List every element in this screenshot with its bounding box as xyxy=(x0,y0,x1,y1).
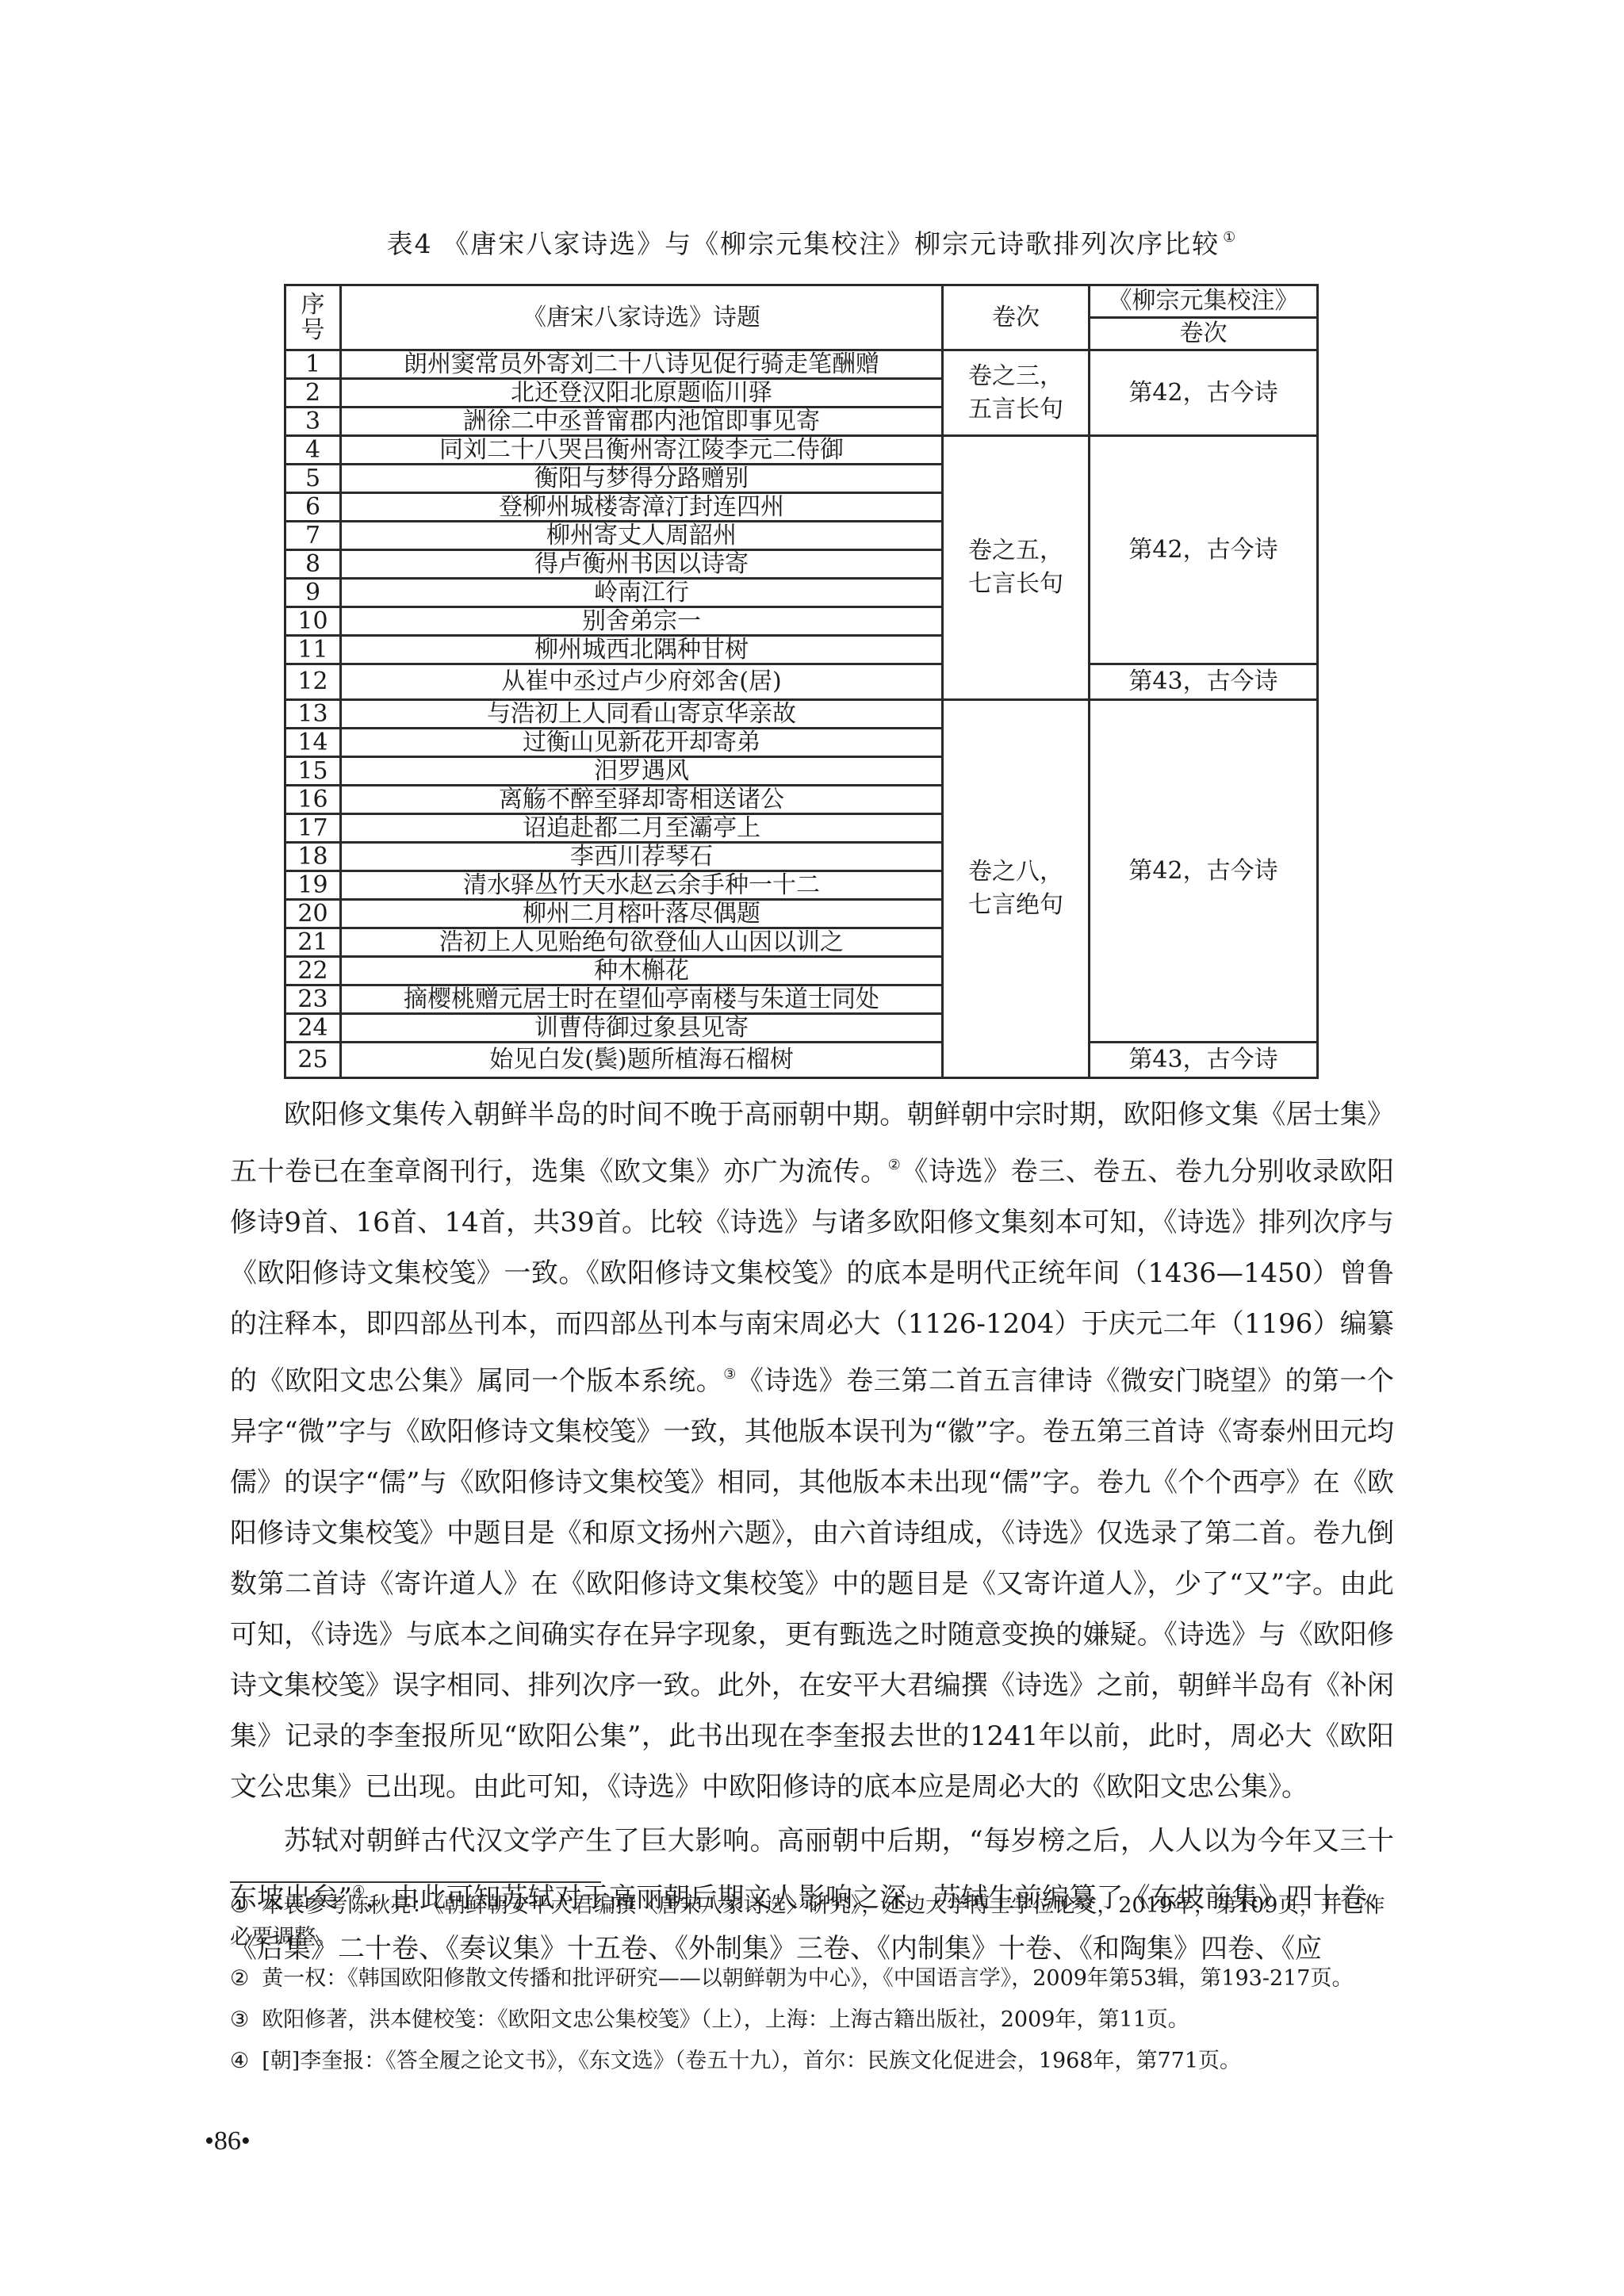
poem-title: 从崔中丞过卢少府郊舍(居) xyxy=(341,664,943,700)
row-number: 21 xyxy=(285,928,341,957)
row-number: 9 xyxy=(285,579,341,607)
row-number: 12 xyxy=(285,664,341,700)
row-number: 13 xyxy=(285,700,341,729)
footnote-ref-1[interactable]: ① xyxy=(1223,229,1237,246)
poem-title: 岭南江行 xyxy=(341,579,943,607)
poem-title: 摘樱桃赠元居士时在望仙亭南楼与朱道士同处 xyxy=(341,985,943,1014)
liu-juan-cell: 第43，古今诗 xyxy=(1090,1043,1318,1078)
row-number: 16 xyxy=(285,786,341,814)
body-text: 欧阳修文集传入朝鲜半岛的时间不晚于高丽朝中期。朝鲜朝中宗时期，欧阳修文集《居士集… xyxy=(230,1089,1394,1974)
poem-title: 清水驿丛竹天水赵云余手种一十二 xyxy=(341,871,943,900)
liu-juan-cell: 第42，古今诗 xyxy=(1090,350,1318,436)
table-row: 4 同刘二十八哭吕衡州寄江陵李元二侍御 卷之五，七言长句 第42，古今诗 xyxy=(285,436,1318,465)
row-number: 19 xyxy=(285,871,341,900)
footnote-4: ④[朝]李奎报：《答全履之论文书》，《东文选》（卷五十九），首尔：民族文化促进会… xyxy=(230,2045,1394,2077)
poem-title: 与浩初上人同看山寄京华亲故 xyxy=(341,700,943,729)
poem-title: 北还登汉阳北原题临川驿 xyxy=(341,379,943,408)
row-number: 20 xyxy=(285,900,341,928)
poem-title: 柳州寄丈人周韶州 xyxy=(341,522,943,550)
poem-title: 训曹侍御过象县见寄 xyxy=(341,1014,943,1043)
row-number: 4 xyxy=(285,436,341,465)
header-title: 《唐宋八家诗选》诗题 xyxy=(341,285,943,350)
row-number: 24 xyxy=(285,1014,341,1043)
row-number: 1 xyxy=(285,350,341,379)
row-number: 3 xyxy=(285,408,341,436)
comparison-table: 序 号 《唐宋八家诗选》诗题 卷次 《柳宗元集校注》 卷次 1 朗州窦常员外寄刘… xyxy=(284,284,1319,1079)
row-number: 8 xyxy=(285,550,341,579)
poem-title: 种木槲花 xyxy=(341,957,943,985)
row-number: 22 xyxy=(285,957,341,985)
poem-title: 李西川荐琴石 xyxy=(341,843,943,871)
liu-juan-cell: 第42，古今诗 xyxy=(1090,436,1318,664)
row-number: 6 xyxy=(285,493,341,522)
juan-cell: 卷之五，七言长句 xyxy=(943,436,1090,700)
row-number: 25 xyxy=(285,1043,341,1078)
table-row: 13 与浩初上人同看山寄京华亲故 卷之八，七言绝句 第42，古今诗 xyxy=(285,700,1318,729)
footnote-3: ③欧阳修著，洪本健校笺：《欧阳文忠公集校笺》（上），上海：上海古籍出版社，200… xyxy=(230,2004,1394,2036)
footnote-2: ②黄一权：《韩国欧阳修散文传播和批评研究——以朝鲜朝为中心》，《中国语言学》，2… xyxy=(230,1963,1394,1995)
row-number: 23 xyxy=(285,985,341,1014)
poem-title: 别舍弟宗一 xyxy=(341,607,943,636)
table-caption: 表4 《唐宋八家诗选》与《柳宗元集校注》柳宗元诗歌排列次序比较① xyxy=(0,224,1624,261)
paragraph-ouyang-xiu: 欧阳修文集传入朝鲜半岛的时间不晚于高丽朝中期。朝鲜朝中宗时期，欧阳修文集《居士集… xyxy=(230,1089,1394,1812)
table-row: 12 从崔中丞过卢少府郊舍(居) 第43，古今诗 xyxy=(285,664,1318,700)
header-liu-group: 《柳宗元集校注》 xyxy=(1090,285,1318,318)
poem-title: 柳州城西北隅种甘树 xyxy=(341,636,943,664)
juan-cell: 卷之八，七言绝句 xyxy=(943,700,1090,1078)
poem-title: 柳州二月榕叶落尽偶题 xyxy=(341,900,943,928)
poem-title: 诏追赴都二月至灞亭上 xyxy=(341,814,943,843)
poem-title: 衡阳与梦得分路赠别 xyxy=(341,465,943,493)
header-liu-juan: 卷次 xyxy=(1090,318,1318,350)
poem-title: 过衡山见新花开却寄弟 xyxy=(341,729,943,757)
row-number: 17 xyxy=(285,814,341,843)
row-number: 2 xyxy=(285,379,341,408)
poem-title: 浩初上人见贻绝句欲登仙人山因以训之 xyxy=(341,928,943,957)
footnote-ref-2[interactable]: ② xyxy=(888,1157,902,1173)
row-number: 18 xyxy=(285,843,341,871)
footnote-ref-3[interactable]: ③ xyxy=(723,1366,737,1383)
liu-juan-cell: 第42，古今诗 xyxy=(1090,700,1318,1043)
header-juan: 卷次 xyxy=(943,285,1090,350)
poem-title: 同刘二十八哭吕衡州寄江陵李元二侍御 xyxy=(341,436,943,465)
liu-juan-cell: 第43，古今诗 xyxy=(1090,664,1318,700)
row-number: 15 xyxy=(285,757,341,786)
poem-title: 汨罗遇风 xyxy=(341,757,943,786)
poem-title: 得卢衡州书因以诗寄 xyxy=(341,550,943,579)
table-row: 25 始见白发(鬓)题所植海石榴树 第43，古今诗 xyxy=(285,1043,1318,1078)
row-number: 7 xyxy=(285,522,341,550)
poem-title: 詶徐二中丞普甯郡内池馆即事见寄 xyxy=(341,408,943,436)
table-label: 表4 xyxy=(387,228,433,259)
footnotes: ①本表参考陈秋亮：《朝鲜朝安平大君编撰〈唐宋八家诗选〉研究》，延边大学博士学位论… xyxy=(230,1890,1394,2087)
table-row: 1 朗州窦常员外寄刘二十八诗见促行骑走笔酬赠 卷之三，五言长句 第42，古今诗 xyxy=(285,350,1318,379)
row-number: 5 xyxy=(285,465,341,493)
juan-cell: 卷之三，五言长句 xyxy=(943,350,1090,436)
row-number: 11 xyxy=(285,636,341,664)
row-number: 14 xyxy=(285,729,341,757)
poem-title: 登柳州城楼寄漳汀封连四州 xyxy=(341,493,943,522)
table-title: 《唐宋八家诗选》与《柳宗元集校注》柳宗元诗歌排列次序比较 xyxy=(442,228,1220,259)
page-number: •86• xyxy=(205,2126,251,2156)
poem-title: 始见白发(鬓)题所植海石榴树 xyxy=(341,1043,943,1078)
row-number: 10 xyxy=(285,607,341,636)
poem-title: 朗州窦常员外寄刘二十八诗见促行骑走笔酬赠 xyxy=(341,350,943,379)
footnote-1: ①本表参考陈秋亮：《朝鲜朝安平大君编撰〈唐宋八家诗选〉研究》，延边大学博士学位论… xyxy=(230,1890,1394,1954)
header-seq: 序 号 xyxy=(285,285,341,350)
footnote-divider xyxy=(230,1881,601,1883)
poem-title: 离觞不醉至驿却寄相送诸公 xyxy=(341,786,943,814)
